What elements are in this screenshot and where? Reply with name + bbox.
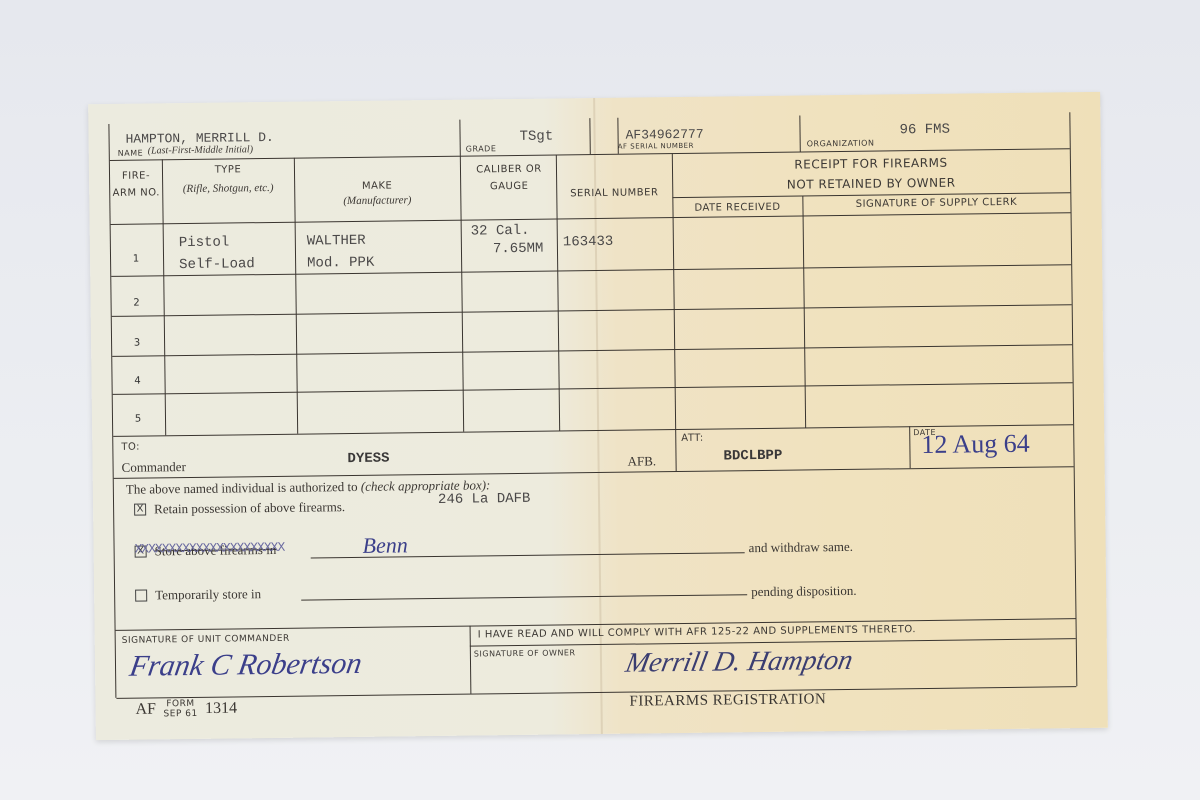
af-form-1314: HAMPTON, MERRILL D. NAME (Last-First-Mid…	[108, 112, 1077, 698]
col-header-supply-clerk-signature: SIGNATURE OF SUPPLY CLERK	[802, 196, 1070, 210]
col-header-type: TYPE	[162, 164, 294, 177]
afb-label: AFB.	[627, 453, 656, 469]
row-number: 2	[112, 297, 162, 309]
col-header-serial-number: SERIAL NUMBER	[556, 187, 672, 199]
commander-signature: Frank C Robertson	[127, 647, 364, 684]
comply-statement: I HAVE READ AND WILL COMPLY WITH AFR 125…	[478, 624, 916, 640]
temporarily-store-checkbox[interactable]	[135, 590, 147, 602]
organization-value: 96 FMS	[899, 122, 950, 139]
col-header-type-hint: (Rifle, Shotgun, etc.)	[170, 180, 286, 198]
row-number: 3	[112, 337, 162, 349]
receipt-title-line-1: RECEIPT FOR FIREARMS	[672, 154, 1070, 173]
grade-value: TSgt	[519, 129, 553, 145]
col-header-firearm-no: FIRE- ARM NO.	[110, 167, 162, 202]
col-header-date-received: DATE RECEIVED	[672, 201, 802, 214]
authorization-intro: The above named individual is authorized…	[126, 477, 491, 497]
date-value: 12 Aug 64	[921, 429, 1030, 460]
form-identifier: AF FORM SEP 61 1314	[135, 698, 237, 719]
row-caliber-line-2: 7.65MM	[493, 241, 544, 258]
retain-typed-note: 246 La DAFB	[438, 491, 531, 508]
owner-signature: Merrill D. Hampton	[623, 645, 856, 680]
store-handwritten-value: Benn	[362, 532, 408, 559]
temporarily-store-suffix: pending disposition.	[751, 583, 857, 600]
temporarily-store-label: Temporarily store in	[155, 586, 261, 603]
row-number: 1	[111, 253, 161, 265]
firearms-registration-document: HAMPTON, MERRILL D. NAME (Last-First-Mid…	[88, 92, 1108, 740]
name-label: NAME	[118, 149, 144, 158]
form-title: FIREARMS REGISTRATION	[629, 691, 826, 710]
row-make-line-2: Mod. PPK	[307, 255, 374, 272]
row-serial-number: 163433	[563, 234, 614, 251]
temporarily-store-input-line[interactable]	[301, 594, 747, 600]
row-type-line-1: Pistol	[179, 234, 230, 251]
store-strikeout: XXXXXXXXXXXXXXXXXXXXXX	[135, 540, 285, 557]
row-number: 4	[112, 375, 162, 387]
owner-signature-label: SIGNATURE OF OWNER	[474, 648, 576, 658]
af-serial-label: AF SERIAL NUMBER	[618, 142, 694, 151]
att-label: ATT:	[681, 433, 704, 444]
row-number: 5	[113, 413, 163, 425]
grade-label: GRADE	[466, 144, 497, 153]
att-value: BDCLBPP	[723, 448, 782, 465]
receipt-title-line-2: NOT RETAINED BY OWNER	[672, 174, 1070, 193]
retain-label: Retain possession of above firearms.	[154, 499, 345, 517]
commander-signature-label: SIGNATURE OF UNIT COMMANDER	[122, 634, 290, 646]
store-suffix: and withdraw same.	[749, 539, 854, 556]
base-value: DYESS	[347, 451, 389, 468]
col-header-make: MAKE	[294, 180, 460, 193]
organization-label: ORGANIZATION	[807, 139, 875, 149]
row-make-line-1: WALTHER	[307, 233, 366, 250]
name-hint: (Last-First-Middle Initial)	[148, 144, 253, 156]
to-label: TO:	[121, 442, 140, 453]
col-header-make-hint: (Manufacturer)	[294, 194, 460, 208]
col-header-caliber: CALIBER OR GAUGE	[466, 161, 552, 196]
commander-label: Commander	[121, 459, 185, 476]
retain-checkbox[interactable]: X	[134, 504, 146, 516]
af-serial-value: AF34962777	[625, 127, 703, 143]
row-caliber-line-1: 32 Cal.	[471, 223, 530, 240]
row-type-line-2: Self-Load	[179, 256, 255, 273]
